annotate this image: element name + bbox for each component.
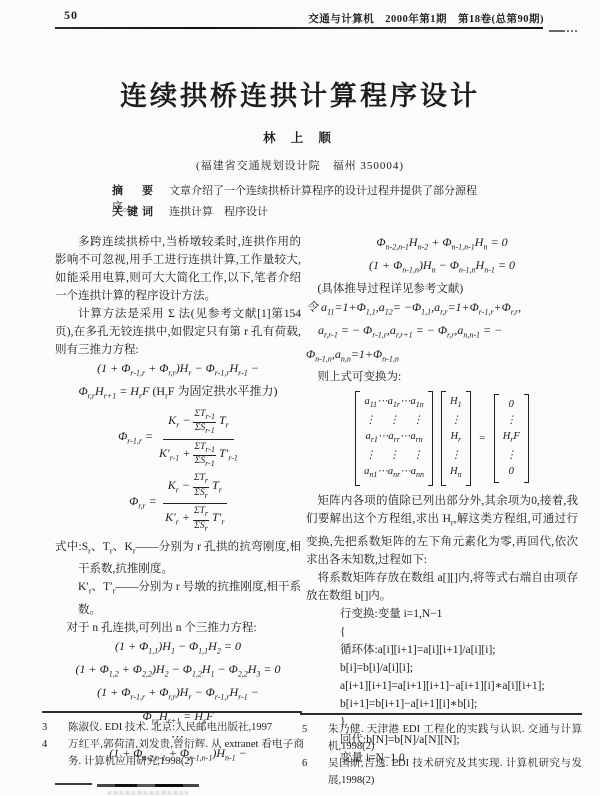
matrix-row-4: ⋮ ⋮ ⋮	[365, 450, 423, 462]
vector-row-4: ⋮	[451, 450, 462, 462]
equation-system-n1-cont: Φn-2,n-1Hn-2 + Φn-1,n-1Hn = 0	[306, 233, 578, 256]
frac2-num-subfraction: ΣTr ΣSr	[193, 473, 209, 501]
unknown-vector: H1 ⋮ Hr ⋮ Hn	[441, 391, 471, 486]
vector-row-2: ⋮	[451, 415, 462, 427]
header-rule	[55, 27, 543, 29]
reference-text: 万红平,郭荷清,刘发贵,曾衍辉. 从 extranet 看电子商务. 计算机应用…	[68, 736, 304, 770]
journal-header: 交通与计算机 2000年第1期 第18卷(总第90期)	[308, 11, 544, 26]
phi-r1r-lhs: Φr-1,r =	[118, 429, 153, 448]
phi-rr-lhs: Φr,r =	[129, 494, 157, 513]
footnote-separator-left	[42, 711, 302, 713]
substitution-line-3: Φn-1,n,an,n=1+Φn-1,n	[306, 345, 578, 368]
vector-row-5: Hn	[450, 466, 462, 481]
code-line-a-update: a[i+1][i+1]=a[i+1][i+1]−a[i+1][i]∗a[i][i…	[306, 677, 578, 695]
frac1-den-sub-bot: ΣSr-1	[195, 456, 215, 469]
scan-artifact-smudge	[97, 784, 199, 787]
phi-rr-fraction: Kr − ΣTr ΣSr Tr K′r + ΣTr ΣSr T′r	[163, 473, 227, 534]
rhs-row-3: HrF	[503, 431, 520, 446]
equation-system-r-a: (1 + Φr-1,r + Φr,r)Hr − Φr-1,rHr-1 −	[55, 683, 301, 706]
scan-artifact-faint-text	[108, 791, 188, 795]
then-transform-text: 则上式可变换为:	[306, 368, 578, 386]
reference-item: 3 陈淑仪. EDI 技术. 北京:人民邮电出版社,1997	[42, 719, 304, 736]
rhs-row-4: ⋮	[506, 450, 517, 462]
rhs-row-2: ⋮	[506, 415, 517, 427]
header-dots-artifact	[567, 30, 577, 32]
frac1-den-subfraction: ΣTr-1 ΣSr-1	[193, 442, 216, 470]
code-line-loop-body: 循环体:a[i][i+1]=a[i][i+1]/a[i][i];	[306, 641, 578, 659]
frac2-num-tail: Tr	[212, 478, 222, 497]
frac1-num-subfraction: ΣTr-1 ΣSr-1	[193, 409, 216, 437]
frac1-den-head: K′r-1 +	[159, 446, 190, 465]
code-line-open-brace: {	[306, 623, 578, 641]
reference-item: 5 朱乃健. 天津港 EDI 工程化的实践与认识. 交通与计算机,1998(2)	[302, 721, 582, 755]
header-dash-artifact	[549, 30, 565, 32]
rhs-vector: 0 ⋮ HrF ⋮ 0	[494, 394, 529, 483]
frac2-num-sub-bot: ΣSr	[194, 488, 208, 501]
rhs-row-1: 0	[509, 399, 514, 411]
references-left: 3 陈淑仪. EDI 技术. 北京:人民邮电出版社,1997 4 万红平,郭荷清…	[42, 719, 304, 770]
paragraph-matrix-solve: 矩阵内各项的值除已列出部分外,其余项为0,接着,我们要解出这个方程组,求出 Hr…	[306, 492, 578, 568]
substitution-line-1: 令 a11=1+Φ1,1,a12= −Φ1,1,ar,r=1+Φr-1,r+Φr…	[306, 298, 578, 321]
reference-text: 吴国斯,吉逸. EDI 技术研究及其实现. 计算机研究与发展,1998(2)	[328, 755, 582, 789]
frac2-den-sub-bot: ΣSr	[194, 521, 208, 534]
keywords-text: 连拱计算 程序设计	[169, 206, 268, 218]
frac1-den-sub-top: ΣTr-1	[193, 442, 216, 456]
frac2-den-head: K′r +	[165, 510, 190, 529]
substitution-line-2: ar,r-1 = − Φr-1,r,ar,r+1 = − Φr,r,an,n-1…	[306, 321, 578, 344]
symbol-note-2: K′r、T′r——分别为 r 号墩的抗推刚度,相干系数。	[55, 578, 301, 618]
code-line-b-next: b[i+1]=b[i+1]−a[i+1][i]∗b[i];	[306, 695, 578, 713]
symbol-note-1: 式中:Sr、Tr、Kr——分别为 r 孔拱的抗弯刚度,相干系数,抗推刚度。	[55, 538, 301, 578]
paragraph-array-storage: 将系数矩阵存放在数组 a[][]内,将等式右端自由项存放在数组 b[]内。	[306, 569, 578, 605]
reference-text: 朱乃健. 天津港 EDI 工程化的实践与认识. 交通与计算机,1998(2)	[328, 721, 582, 755]
code-line-row-transform: 行变换:变量 i=1,N−1	[306, 605, 578, 623]
vector-row-3: Hr	[450, 431, 461, 446]
reference-item: 6 吴国斯,吉逸. EDI 技术研究及其实现. 计算机研究与发展,1998(2)	[302, 755, 582, 789]
reference-number: 5	[302, 721, 328, 755]
matrix-equation: a11⋯a1r⋯a1n ⋮ ⋮ ⋮ ar1⋯arr⋯arn ⋮ ⋮ ⋮ an1⋯…	[306, 391, 578, 486]
footnote-separator-right	[300, 713, 582, 715]
right-column: Φn-2,n-1Hn-2 + Φn-1,n-1Hn = 0 (1 + Φn-1,…	[306, 233, 578, 767]
frac1-num-head: Kr −	[168, 413, 190, 432]
paragraph-n-arches: 对于 n 孔连拱,可列出 n 个三推力方程:	[55, 619, 301, 637]
equation-phi-rr: Φr,r = Kr − ΣTr ΣSr Tr K′r + ΣTr ΣSr	[55, 473, 301, 534]
frac2-den-tail: T′r	[212, 510, 224, 529]
reference-text: 陈淑仪. EDI 技术. 北京:人民邮电出版社,1997	[68, 719, 304, 736]
reference-item: 4 万红平,郭荷清,刘发贵,曾衍辉. 从 extranet 看电子商务. 计算机…	[42, 736, 304, 770]
frac1-num-sub-bot: ΣSr-1	[195, 423, 215, 436]
scan-artifact-line	[55, 783, 92, 785]
equation-three-thrust-1b: Φr,rHr+1 = HrF (HrF 为固定拱水平推力)	[55, 382, 301, 405]
matrix-row-2: ⋮ ⋮ ⋮	[365, 415, 423, 427]
coefficient-matrix: a11⋯a1r⋯a1n ⋮ ⋮ ⋮ ar1⋯arr⋯arn ⋮ ⋮ ⋮ an1⋯…	[355, 391, 433, 486]
paper-title: 连续拱桥连拱计算程序设计	[0, 74, 600, 113]
references-right: 5 朱乃健. 天津港 EDI 工程化的实践与认识. 交通与计算机,1998(2)…	[302, 721, 582, 789]
paragraph-method: 计算方法是采用 Σ 法(见参考文献[1]第154页),在多孔无铰连拱中,如假定只…	[55, 305, 301, 359]
equation-system-1: (1 + Φ1,1)H1 − Φ1,1H2 = 0	[55, 637, 301, 660]
matrix-row-5: an1⋯anr⋯ann	[364, 466, 424, 481]
frac1-num-sub-top: ΣTr-1	[193, 409, 216, 423]
keywords-row: 关键词连拱计算 程序设计	[112, 203, 498, 219]
abstract-label: 摘 要	[112, 185, 157, 197]
equation-system-2: (1 + Φ1,2 + Φ2,2)H2 − Φ1,2H1 − Φ2,2H3 = …	[55, 660, 301, 683]
scanned-paper-page: 50 交通与计算机 2000年第1期 第18卷(总第90期) 连续拱桥连拱计算程…	[0, 0, 600, 796]
frac1-den-tail: T′r-1	[219, 446, 238, 465]
code-line-b-update: b[i]=b[i]/a[i][i];	[306, 659, 578, 677]
equals-sign: =	[479, 433, 486, 445]
left-column: 多跨连续拱桥中,当桥墩较柔时,连拱作用的影响不可忽视,用手工进行连拱计算,工作量…	[55, 233, 301, 767]
phi-r1r-fraction: Kr − ΣTr-1 ΣSr-1 Tr K′r-1 + ΣTr-1 ΣSr-1 …	[159, 409, 238, 470]
reference-number: 3	[42, 719, 68, 736]
page-number: 50	[64, 8, 78, 23]
frac2-num-sub-top: ΣTr	[193, 473, 209, 487]
keywords-label: 关键词	[112, 206, 157, 218]
rhs-row-5: 0	[509, 466, 514, 478]
vector-row-1: H1	[450, 396, 462, 411]
reference-number: 6	[302, 755, 328, 789]
frac2-num-head: Kr −	[168, 478, 190, 497]
matrix-row-1: a11⋯a1r⋯a1n	[364, 396, 423, 411]
frac1-num-tail: Tr	[219, 413, 229, 432]
reference-number: 4	[42, 736, 68, 770]
frac2-den-sub-top: ΣTr	[193, 506, 209, 520]
derivation-note: (具体推导过程详见参考文献)	[306, 280, 578, 298]
equation-system-n: (1 + Φn-1,n)Hn − Φn-1,nHn-1 = 0	[306, 256, 578, 279]
equation-phi-r1r: Φr-1,r = Kr − ΣTr-1 ΣSr-1 Tr K′r-1 + ΣTr…	[55, 409, 301, 470]
matrix-row-3: ar1⋯arr⋯arn	[365, 431, 422, 446]
frac2-den-subfraction: ΣTr ΣSr	[193, 506, 209, 534]
equation-three-thrust-1a: (1 + Φr-1,r + Φr,r)Hr − Φr-1,rHr-1 −	[55, 359, 301, 382]
author-name: 林 上 顺	[0, 128, 600, 146]
affiliation: (福建省交通规划设计院 福州 350004)	[0, 157, 600, 173]
paragraph-intro: 多跨连续拱桥中,当桥墩较柔时,连拱作用的影响不可忽视,用手工进行连拱计算,工作量…	[55, 233, 301, 305]
